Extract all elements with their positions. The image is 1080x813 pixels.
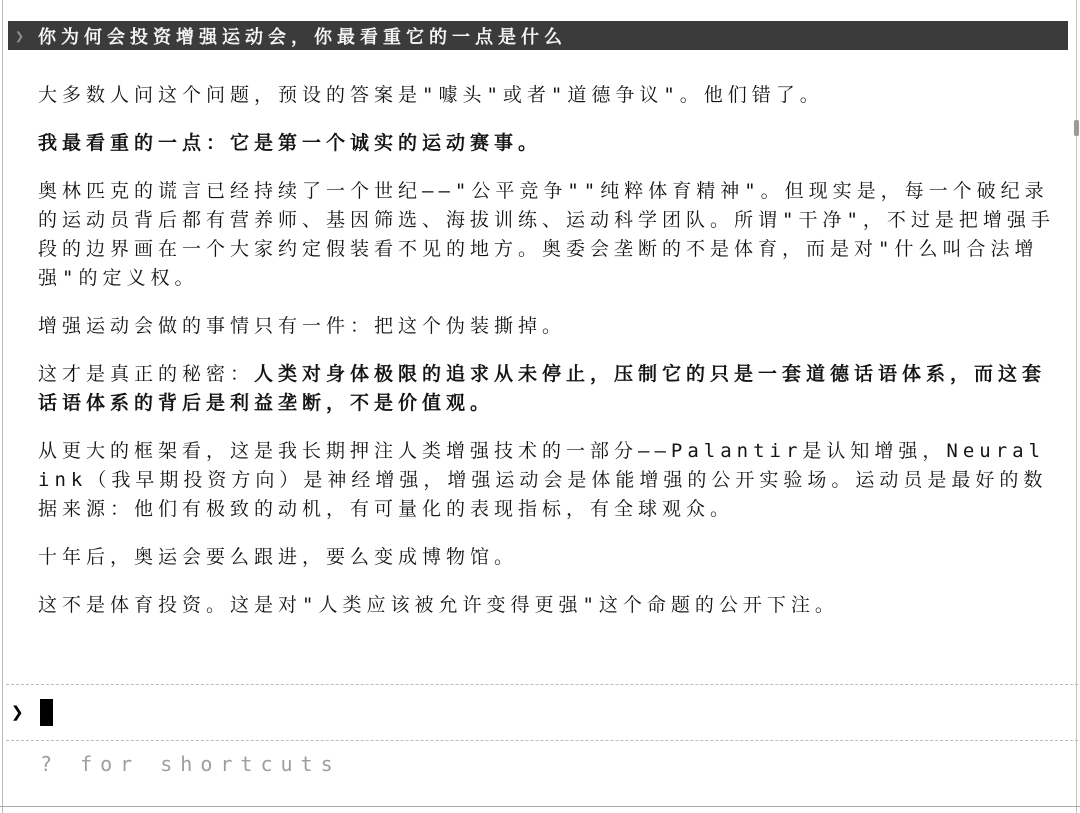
question-title: 你为何会投资增强运动会，你最看重它的一点是什么 — [38, 23, 567, 49]
answer-paragraph-2: 我最看重的一点：它是第一个诚实的运动赛事。 — [38, 129, 1058, 158]
prompt-chevron-icon: ❯ — [11, 702, 24, 723]
input-divider-top — [6, 684, 1078, 685]
answer-paragraph-4: 增强运动会做的事情只有一件：把这个伪装撕掉。 — [38, 312, 1058, 341]
corner-icon-fragment — [0, 0, 6, 19]
terminal-window: ❯ 你为何会投资增强运动会，你最看重它的一点是什么 大多数人问这个问题，预设的答… — [0, 0, 1080, 813]
paragraph-5-intro: 这才是真正的秘密： — [38, 363, 254, 385]
input-divider-bottom — [6, 740, 1078, 741]
assistant-answer: 大多数人问这个问题，预设的答案是"噱头"或者"道德争议"。他们错了。 我最看重的… — [0, 62, 1072, 639]
question-chevron-icon: ❯ — [15, 27, 24, 45]
window-bottom-border — [0, 806, 1080, 807]
scrollbar-thumb[interactable] — [1074, 120, 1079, 136]
prompt-input[interactable]: ❯ — [0, 690, 1072, 734]
answer-paragraph-7: 十年后，奥运会要么跟进，要么变成博物馆。 — [38, 543, 1058, 572]
shortcuts-hint: ? for shortcuts — [0, 752, 1072, 776]
answer-paragraph-6: 从更大的框架看，这是我长期押注人类增强技术的一部分——Palantir是认知增强… — [38, 437, 1058, 524]
answer-paragraph-8: 这不是体育投资。这是对"人类应该被允许变得更强"这个命题的公开下注。 — [38, 591, 1058, 620]
answer-paragraph-3: 奥林匹克的谎言已经持续了一个世纪——"公平竞争""纯粹体育精神"。但现实是，每一… — [38, 177, 1058, 293]
text-cursor — [40, 699, 53, 726]
answer-paragraph-5: 这才是真正的秘密：人类对身体极限的追求从未停止，压制它的只是一套道德话语体系，而… — [38, 360, 1058, 418]
user-question-bar: ❯ 你为何会投资增强运动会，你最看重它的一点是什么 — [8, 21, 1068, 50]
answer-paragraph-1: 大多数人问这个问题，预设的答案是"噱头"或者"道德争议"。他们错了。 — [38, 81, 1058, 110]
